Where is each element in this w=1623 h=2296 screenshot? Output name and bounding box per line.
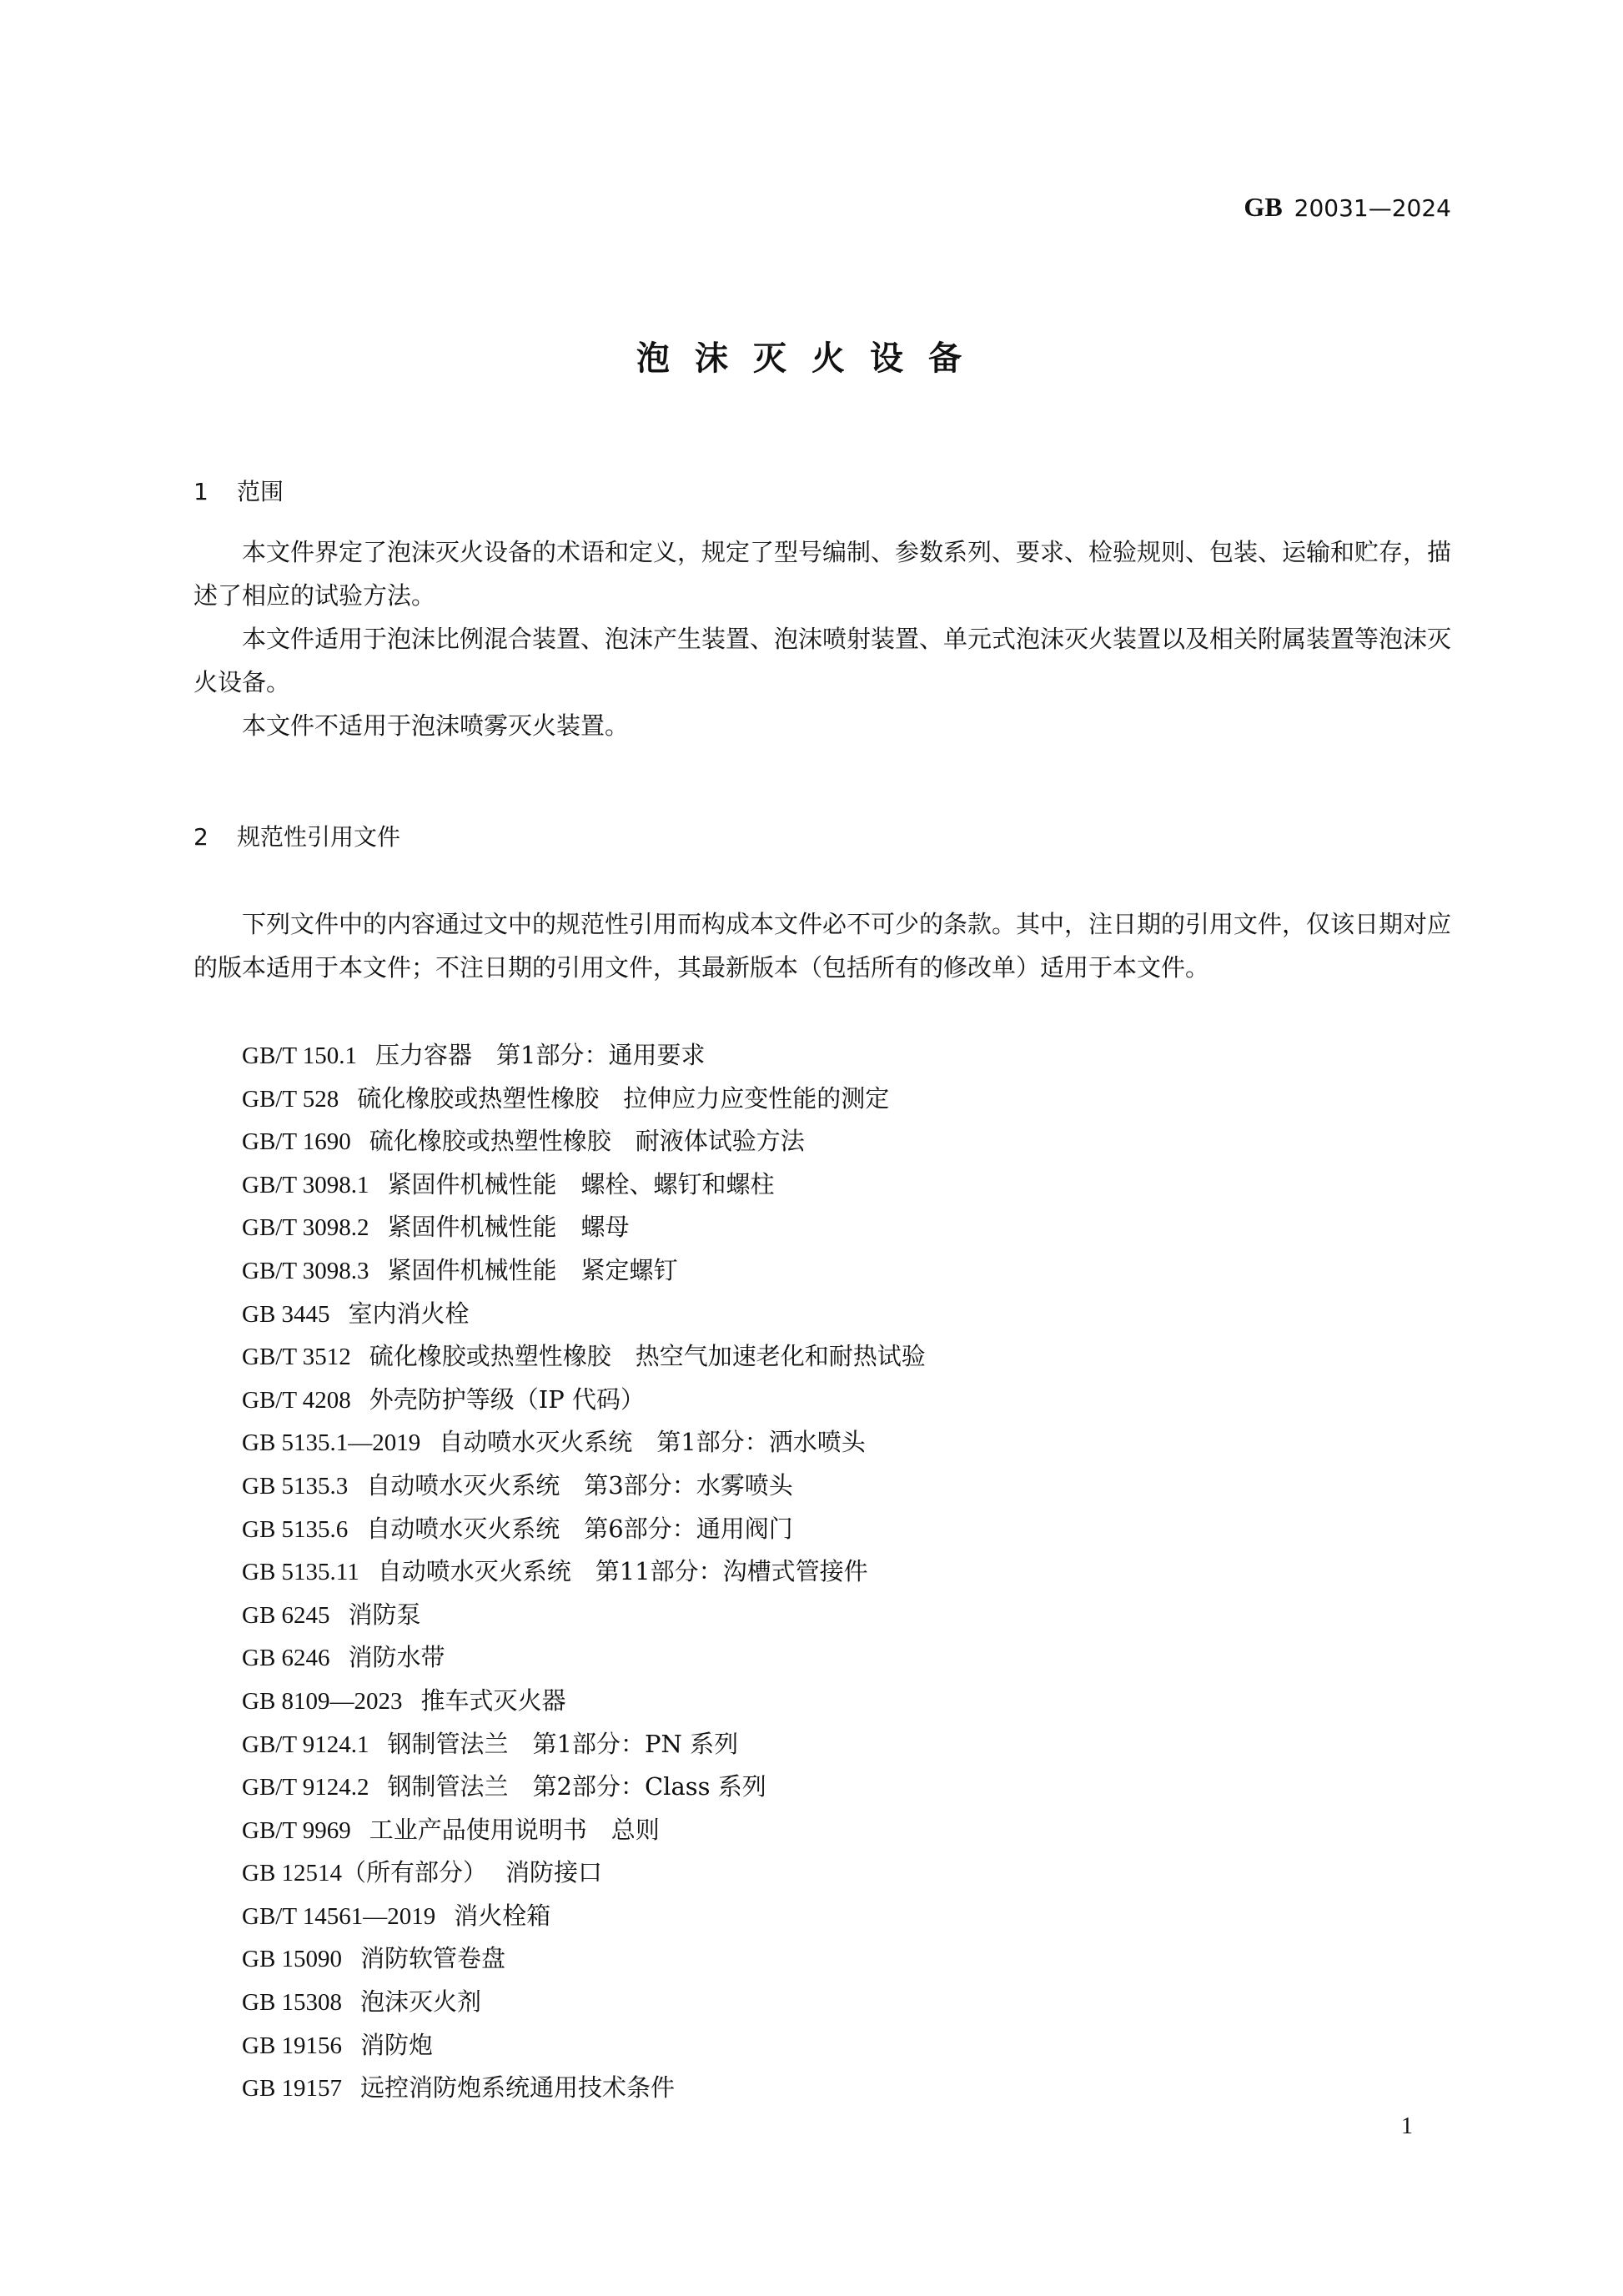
reference-item: GB/T 9124.2钢制管法兰 第2部分：Class 系列 [242,1766,926,1809]
section-heading-scope: 1范围 [193,475,284,509]
standard-prefix: GB [1244,192,1282,222]
reference-item: GB 19156消防炮 [242,2024,926,2067]
reference-title: 室内消火栓 [349,1299,470,1328]
reference-item: GB 5135.6自动喷水灭火系统 第6部分：通用阀门 [242,1508,926,1551]
reference-code: GB 5135.3 [242,1473,348,1500]
normative-reference-list: GB/T 150.1压力容器 第1部分：通用要求 GB/T 528硫化橡胶或热塑… [242,1034,926,2110]
reference-item: GB 6246消防水带 [242,1636,926,1680]
reference-item: GB/T 9969工业产品使用说明书 总则 [242,1809,926,1852]
reference-title: 消防炮 [360,2031,433,2059]
reference-code: GB/T 150.1 [242,1042,357,1069]
reference-item: GB/T 1690硫化橡胶或热塑性橡胶 耐液体试验方法 [242,1120,926,1163]
section-title: 规范性引用文件 [237,823,400,851]
reference-item: GB 5135.11自动喷水灭火系统 第11部分：沟槽式管接件 [242,1550,926,1594]
reference-code: GB 5135.11 [242,1559,359,1585]
reference-code: GB 5135.6 [242,1516,348,1543]
reference-item: GB/T 3098.1紧固件机械性能 螺栓、螺钉和螺柱 [242,1163,926,1207]
section-heading-normative-references: 2规范性引用文件 [193,821,400,854]
reference-code: GB 3445 [242,1301,330,1328]
scope-paragraph-1: 本文件界定了泡沫灭火设备的术语和定义，规定了型号编制、参数系列、要求、检验规则、… [193,530,1451,617]
reference-code: GB/T 9124.2 [242,1774,369,1801]
reference-title: 泡沫灭火剂 [360,1987,481,2016]
section-title: 范围 [237,478,284,505]
standard-number: 20031—2024 [1294,194,1451,222]
reference-title: 硫化橡胶或热塑性橡胶 热空气加速老化和耐热试验 [369,1342,926,1370]
reference-code: GB/T 4208 [242,1387,351,1414]
reference-title: 消防水带 [349,1643,445,1671]
reference-item: GB 3445室内消火栓 [242,1293,926,1336]
reference-code: GB 6245 [242,1602,330,1629]
section-number: 1 [193,475,237,509]
reference-code: GB/T 528 [242,1086,339,1113]
reference-item: GB/T 3512硫化橡胶或热塑性橡胶 热空气加速老化和耐热试验 [242,1335,926,1379]
reference-title: 推车式灭火器 [421,1686,566,1715]
standard-number-header: GB20031—2024 [1244,190,1451,225]
reference-code: GB 19156 [242,2032,342,2059]
reference-title: 紧固件机械性能 螺栓、螺钉和螺柱 [388,1170,775,1198]
reference-title: 硫化橡胶或热塑性橡胶 拉伸应力应变性能的测定 [357,1084,889,1113]
reference-title: 紧固件机械性能 紧定螺钉 [388,1256,678,1284]
reference-title: 消防软管卷盘 [360,1944,505,1972]
reference-title: 消防接口 [505,1858,602,1887]
references-intro-paragraph: 下列文件中的内容通过文中的规范性引用而构成本文件必不可少的条款。其中，注日期的引… [193,902,1451,989]
reference-item: GB/T 14561—2019消火栓箱 [242,1895,926,1938]
reference-item: GB 5135.1—2019自动喷水灭火系统 第1部分：洒水喷头 [242,1421,926,1465]
reference-item: GB/T 150.1压力容器 第1部分：通用要求 [242,1034,926,1078]
reference-item: GB 6245消防泵 [242,1594,926,1637]
reference-code: GB/T 3098.3 [242,1258,369,1284]
reference-code: GB/T 3098.1 [242,1172,369,1198]
reference-item: GB 19157远控消防炮系统通用技术条件 [242,2067,926,2110]
reference-item: GB 5135.3自动喷水灭火系统 第3部分：水雾喷头 [242,1465,926,1508]
page-number: 1 [1401,2110,1413,2143]
reference-title: 自动喷水灭火系统 第11部分：沟槽式管接件 [378,1557,868,1585]
reference-item: GB/T 9124.1钢制管法兰 第1部分：PN 系列 [242,1723,926,1766]
reference-code: GB 19157 [242,2075,342,2102]
reference-title: 自动喷水灭火系统 第1部分：洒水喷头 [439,1428,865,1456]
reference-item: GB/T 528硫化橡胶或热塑性橡胶 拉伸应力应变性能的测定 [242,1078,926,1121]
document-title: 泡沫灭火设备 [0,335,1623,382]
reference-code: GB 12514（所有部分） [242,1860,487,1887]
reference-item: GB/T 4208外壳防护等级（IP 代码） [242,1379,926,1422]
reference-title: 消防泵 [349,1600,421,1629]
reference-item: GB 8109—2023推车式灭火器 [242,1680,926,1723]
reference-code: GB 5135.1—2019 [242,1429,420,1456]
reference-title: 自动喷水灭火系统 第6部分：通用阀门 [366,1515,792,1543]
reference-title: 压力容器 第1部分：通用要求 [375,1041,705,1069]
reference-item: GB/T 3098.2紧固件机械性能 螺母 [242,1206,926,1249]
reference-code: GB 15090 [242,1946,342,1972]
reference-code: GB/T 14561—2019 [242,1903,435,1930]
section-number: 2 [193,821,237,854]
reference-item: GB 15308泡沫灭火剂 [242,1981,926,2024]
reference-item: GB/T 3098.3紧固件机械性能 紧定螺钉 [242,1249,926,1293]
reference-title: 紧固件机械性能 螺母 [388,1213,630,1241]
reference-item: GB 12514（所有部分）消防接口 [242,1851,926,1895]
reference-title: 外壳防护等级（IP 代码） [369,1385,645,1414]
reference-code: GB 15308 [242,1989,342,2016]
reference-code: GB/T 1690 [242,1128,351,1155]
reference-title: 钢制管法兰 第2部分：Class 系列 [388,1772,766,1801]
reference-title: 硫化橡胶或热塑性橡胶 耐液体试验方法 [369,1127,805,1155]
reference-title: 自动喷水灭火系统 第3部分：水雾喷头 [366,1471,792,1500]
scope-paragraph-3: 本文件不适用于泡沫喷雾灭火装置。 [193,704,1451,747]
reference-item: GB 15090消防软管卷盘 [242,1937,926,1981]
reference-code: GB/T 9124.1 [242,1731,369,1758]
scope-paragraph-2: 本文件适用于泡沫比例混合装置、泡沫产生装置、泡沫喷射装置、单元式泡沫灭火装置以及… [193,617,1451,704]
reference-code: GB 8109—2023 [242,1688,403,1715]
reference-code: GB/T 9969 [242,1817,351,1844]
reference-title: 工业产品使用说明书 总则 [369,1816,660,1844]
reference-title: 钢制管法兰 第1部分：PN 系列 [388,1730,739,1758]
reference-code: GB/T 3512 [242,1344,351,1370]
reference-title: 消火栓箱 [454,1902,550,1930]
reference-code: GB/T 3098.2 [242,1214,369,1241]
document-page: GB20031—2024 泡沫灭火设备 1范围 本文件界定了泡沫灭火设备的术语和… [0,0,1623,2296]
reference-title: 远控消防炮系统通用技术条件 [360,2073,675,2102]
reference-code: GB 6246 [242,1645,330,1671]
